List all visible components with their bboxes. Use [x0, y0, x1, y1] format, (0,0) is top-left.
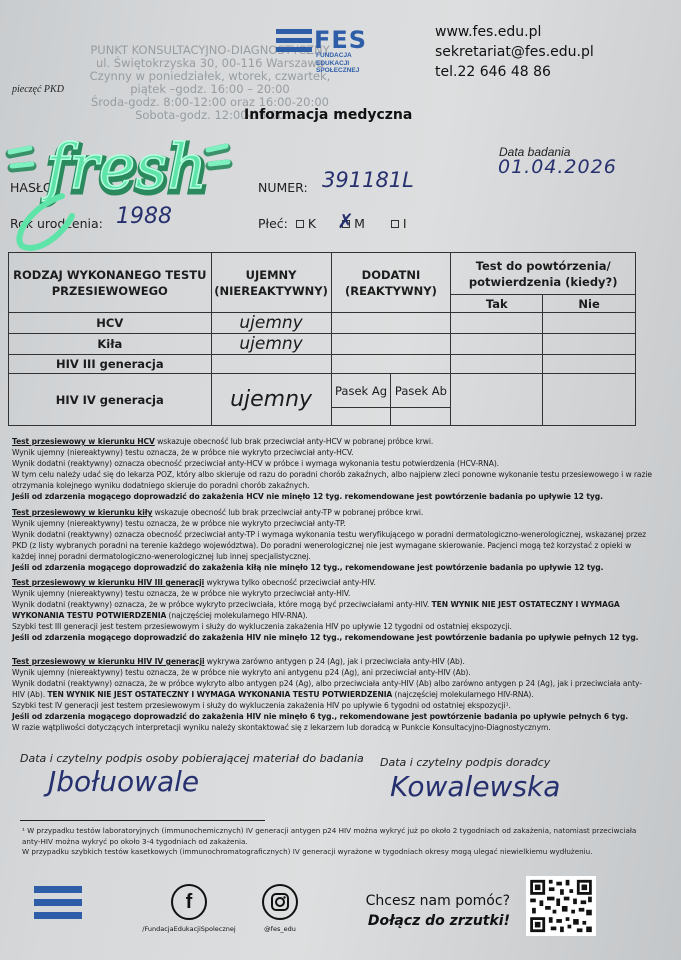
logo-sub: EDUKACJI [316, 60, 367, 68]
fresh-sticker-icon: fresh fresh [2, 96, 242, 256]
row-yes-cell[interactable] [451, 355, 543, 374]
results-table: RODZAJ WYKONANEGO TESTU PRZESIEWOWEGO UJ… [8, 252, 636, 426]
email: sekretariat@fes.edu.pl [435, 42, 594, 62]
row-negative-cell[interactable]: ujemny [211, 313, 331, 334]
row-no-cell[interactable] [543, 355, 636, 374]
fes-footer-logo-icon [34, 886, 82, 922]
row-negative-cell[interactable]: ujemny [211, 334, 331, 355]
sex-label: Płeć: [258, 216, 288, 231]
logo-sub: SPOŁECZNEJ [316, 67, 367, 75]
logo-name: FES [314, 28, 367, 52]
table-row: HCV ujemny [9, 313, 636, 334]
row-no-cell[interactable] [543, 334, 636, 355]
contact-info: www.fes.edu.pl sekretariat@fes.edu.pl te… [435, 22, 594, 82]
info-syphilis: Test przesiewowy w kierunku kiły wskazuj… [12, 507, 652, 573]
row-test-name: HIV III generacja [9, 355, 212, 374]
number-label: NUMER: [258, 180, 308, 195]
row-positive-ab-cell[interactable] [391, 408, 451, 426]
header-repeat: Test do powtórzenia/ potwierdzenia (kied… [451, 253, 636, 295]
advisor-signature: Kowalewska [390, 770, 560, 803]
collector-signature-label: Data i czytelny podpis osoby pobierające… [20, 752, 364, 765]
footnote: ¹ W przypadku testów laboratoryjnych (im… [22, 826, 652, 858]
collector-signature: Jbołuowale [48, 765, 199, 798]
row-test-name: HCV [9, 313, 212, 334]
row-positive-cell[interactable] [331, 313, 451, 334]
row-positive-cell[interactable] [331, 355, 451, 374]
svg-text:fresh: fresh [42, 130, 207, 203]
row-negative-cell[interactable] [211, 355, 331, 374]
sex-checkbox-m[interactable] [342, 220, 350, 228]
header-yes: Tak [451, 295, 543, 313]
instagram-icon[interactable] [262, 884, 298, 920]
row-yes-cell[interactable] [451, 313, 543, 334]
fes-logo-mark-icon [276, 29, 312, 53]
cta-action[interactable]: Dołącz do zrzutki! [350, 913, 510, 929]
facebook-icon[interactable]: f [171, 884, 207, 920]
fes-logo: FES FUNDACJA EDUKACJI SPOŁECZNEJ [276, 28, 367, 75]
row-test-name: HIV IV generacja [9, 374, 212, 426]
row-yes-cell[interactable] [451, 374, 543, 426]
row-no-cell[interactable] [543, 313, 636, 334]
info-hiv3: Test przesiewowy w kierunku HIV III gene… [12, 577, 652, 643]
facebook-link[interactable]: f /FundacjaEdukacjiSpolecznej [134, 884, 244, 933]
qr-code-icon[interactable] [526, 876, 596, 936]
table-row: Kiła ujemny [9, 334, 636, 355]
header-pasek-ag: Pasek Ag [331, 374, 391, 408]
facebook-handle: /FundacjaEdukacjiSpolecznej [134, 925, 244, 933]
header-test-type: RODZAJ WYKONANEGO TESTU PRZESIEWOWEGO [9, 253, 212, 313]
sex-option-k: K [308, 216, 316, 231]
exam-date-value: 01.04.2026 [498, 156, 617, 178]
header-positive: DODATNI (REAKTYWNY) [331, 253, 451, 313]
fundraiser-cta: Chcesz nam pomóc? Dołącz do zrzutki! [350, 893, 510, 929]
row-test-name: Kiła [9, 334, 212, 355]
header-negative: UJEMNY (NIEREAKTYWNY) [211, 253, 331, 313]
row-positive-ag-cell[interactable] [331, 408, 391, 426]
info-hcv: Test przesiewowy w kierunku HCV wskazuje… [12, 436, 652, 502]
header-pasek-ab: Pasek Ab [391, 374, 451, 408]
sex-checkbox-i[interactable] [391, 220, 399, 228]
advisor-signature-label: Data i czytelny podpis doradcy [380, 756, 550, 769]
sex-field: Płeć: K M I [258, 216, 425, 231]
website: www.fes.edu.pl [435, 22, 594, 42]
document-title: Informacja medyczna [244, 107, 412, 123]
row-no-cell[interactable] [543, 374, 636, 426]
sex-option-i: I [403, 216, 407, 231]
footnote-divider [20, 820, 265, 821]
cta-question: Chcesz nam pomóc? [350, 893, 510, 909]
phone: tel.22 646 48 86 [435, 62, 594, 82]
header-no: Nie [543, 295, 636, 313]
sex-checkbox-k[interactable] [296, 220, 304, 228]
row-positive-cell[interactable] [331, 334, 451, 355]
sex-option-m: M [354, 216, 365, 231]
number-value: 391181L [322, 168, 414, 192]
table-row: HIV III generacja [9, 355, 636, 374]
instagram-link[interactable]: @fes_edu [250, 884, 310, 933]
row-negative-cell[interactable]: ujemny [211, 374, 331, 426]
info-hiv4: Test przesiewowy w kierunku HIV IV gener… [12, 656, 652, 733]
instagram-handle: @fes_edu [250, 925, 310, 933]
row-yes-cell[interactable] [451, 334, 543, 355]
table-row: HIV IV generacja ujemny Pasek Ag Pasek A… [9, 374, 636, 408]
